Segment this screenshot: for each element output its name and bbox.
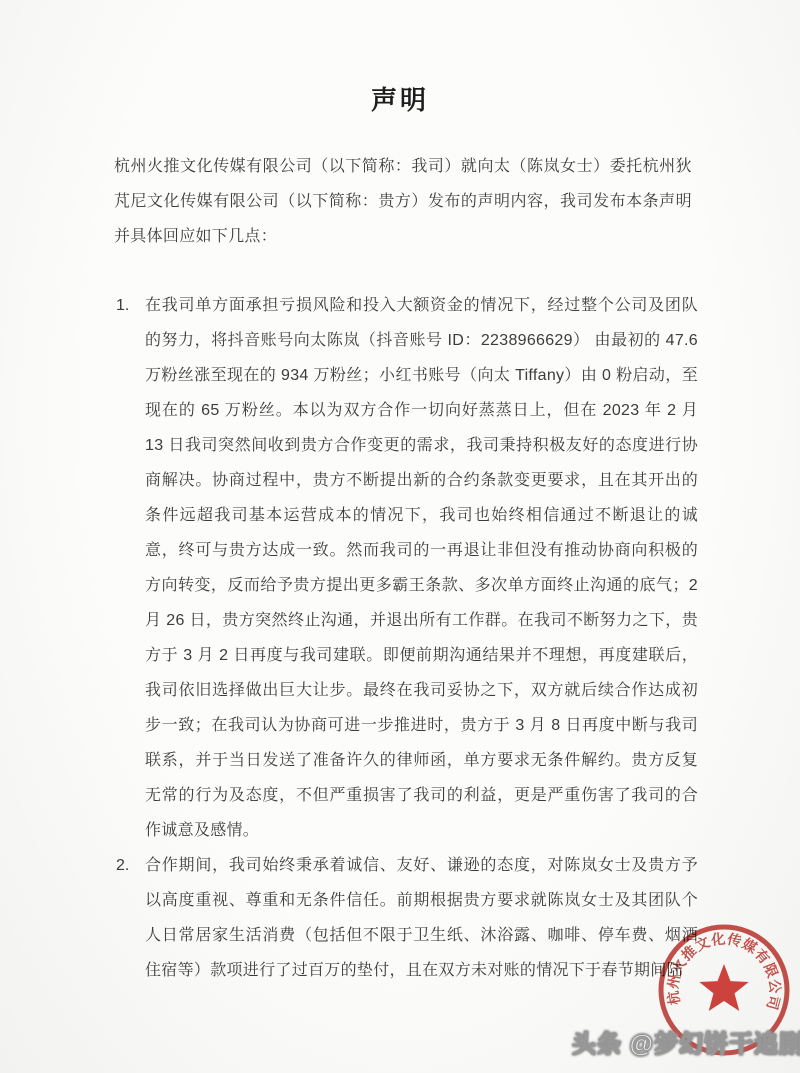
statement-points: 1. 在我司单方面承担亏损风险和投入大额资金的情况下，经过整个公司及团队的努力，… bbox=[114, 288, 698, 988]
page-title: 声明 bbox=[0, 80, 800, 117]
item-number: 2. bbox=[116, 848, 129, 883]
toutiao-watermark: 头条 @梦幻饼干追剧 bbox=[572, 1024, 800, 1059]
item-text: 在我司单方面承担亏损风险和投入大额资金的情况下，经过整个公司及团队的努力，将抖音… bbox=[145, 288, 698, 848]
statement-point-1: 1. 在我司单方面承担亏损风险和投入大额资金的情况下，经过整个公司及团队的努力，… bbox=[114, 288, 698, 848]
statement-document: 声明 杭州火推文化传媒有限公司（以下简称：我司）就向太（陈岚女士）委托杭州狄芃尼… bbox=[0, 0, 800, 1073]
item-number: 1. bbox=[116, 288, 129, 323]
item-text: 合作期间，我司始终秉承着诚信、友好、谦逊的态度，对陈岚女士及贵方予以高度重视、尊… bbox=[145, 848, 698, 988]
seal-star-icon bbox=[699, 964, 748, 1011]
intro-paragraph: 杭州火推文化传媒有限公司（以下简称：我司）就向太（陈岚女士）委托杭州狄芃尼文化传… bbox=[114, 149, 692, 254]
statement-point-2: 2. 合作期间，我司始终秉承着诚信、友好、谦逊的态度，对陈岚女士及贵方予以高度重… bbox=[114, 848, 698, 988]
